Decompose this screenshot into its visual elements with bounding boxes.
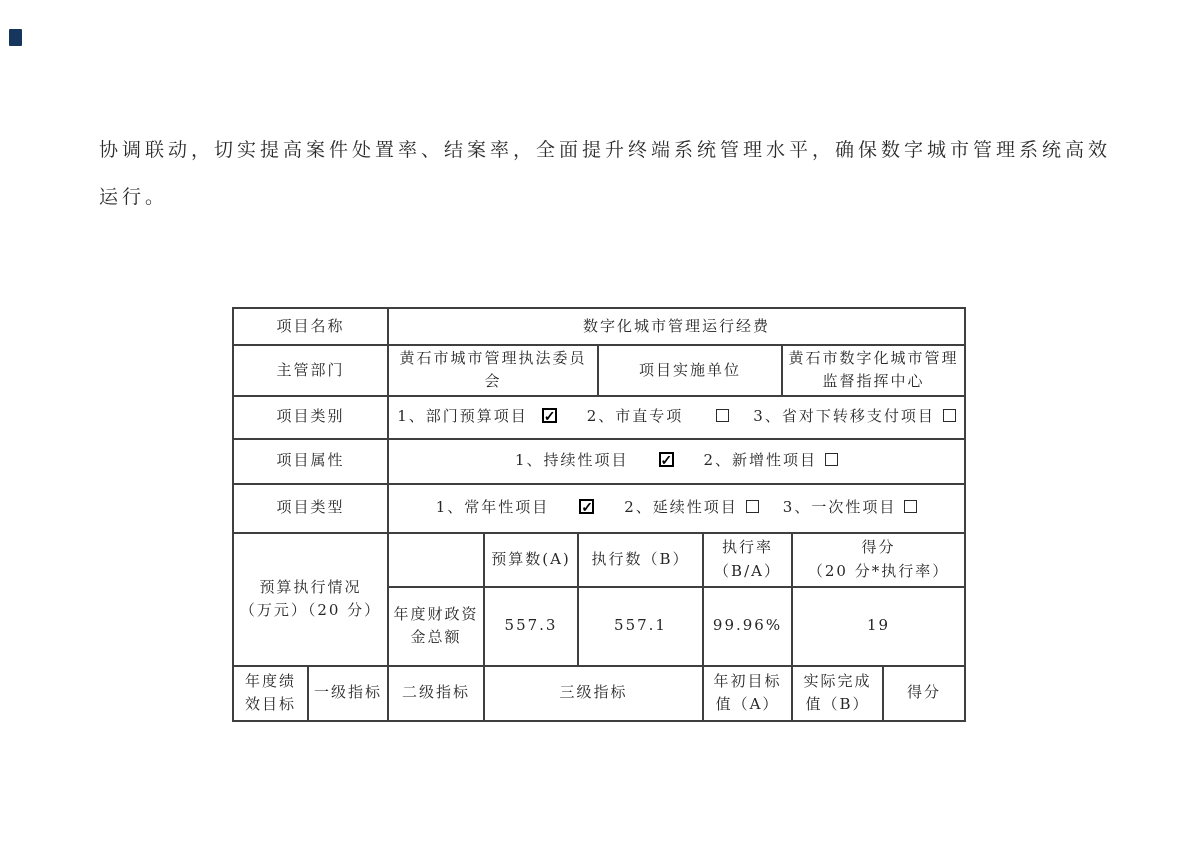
checkbox-unchecked-icon <box>716 409 729 422</box>
checkbox-checked-icon <box>579 499 594 514</box>
category-options: 1、部门预算项目2、市直专项3、省对下转移支付项目 <box>388 396 965 439</box>
budget-col-budget: 预算数(A) <box>484 533 578 587</box>
type-option-3-label: 3、一次性项目 <box>783 498 897 516</box>
budget-col-exec: 执行数（B） <box>578 533 703 587</box>
attribute-option-1-label: 1、持续性项目 <box>515 451 629 469</box>
attribute-options: 1、持续性项目2、新增性项目 <box>388 439 965 484</box>
checkbox-unchecked-icon <box>943 409 956 422</box>
rate-value: 99.96% <box>703 587 792 666</box>
project-summary-table: 项目名称 数字化城市管理运行经费 主管部门 黄石市城市管理执法委员会 项目实施单… <box>232 307 966 722</box>
budget-value: 557.3 <box>484 587 578 666</box>
row-budget-header: 预算执行情况 （万元）（20 分） 预算数(A) 执行数（B） 执行率 （B/A… <box>233 533 965 587</box>
row-performance-header: 年度绩效目标 一级指标 二级指标 三级指标 年初目标值（A） 实际完成值（B） … <box>233 666 965 721</box>
score-value: 19 <box>792 587 965 666</box>
department-value: 黄石市城市管理执法委员会 <box>388 345 598 396</box>
corner-marker-icon <box>9 29 22 46</box>
category-option-3-label: 3、省对下转移支付项目 <box>753 407 935 425</box>
budget-blank-cell <box>388 533 484 587</box>
impl-unit-label: 项目实施单位 <box>598 345 782 396</box>
attribute-option-2-label: 2、新增性项目 <box>704 451 818 469</box>
score-header: 得分 <box>883 666 965 721</box>
type-option-2-label: 2、延续性项目 <box>624 498 738 516</box>
budget-section-label: 预算执行情况 （万元）（20 分） <box>233 533 388 666</box>
performance-label: 年度绩效目标 <box>233 666 308 721</box>
row-type: 项目类型 1、常年性项目2、延续性项目3、一次性项目 <box>233 484 965 533</box>
budget-row-label: 年度财政资金总额 <box>388 587 484 666</box>
project-name-label: 项目名称 <box>233 308 388 345</box>
category-option-2-label: 2、市直专项 <box>587 407 684 425</box>
level1-header: 一级指标 <box>308 666 388 721</box>
row-project-name: 项目名称 数字化城市管理运行经费 <box>233 308 965 345</box>
budget-col-rate: 执行率 （B/A） <box>703 533 792 587</box>
target-header: 年初目标值（A） <box>703 666 792 721</box>
document-page: 协调联动，切实提高案件处置率、结案率，全面提升终端系统管理水平，确保数字城市管理… <box>0 0 1200 848</box>
row-attribute: 项目属性 1、持续性项目2、新增性项目 <box>233 439 965 484</box>
exec-value: 557.1 <box>578 587 703 666</box>
impl-unit-value: 黄石市数字化城市管理监督指挥中心 <box>782 345 965 396</box>
attribute-label: 项目属性 <box>233 439 388 484</box>
level2-header: 二级指标 <box>388 666 484 721</box>
checkbox-unchecked-icon <box>904 500 917 513</box>
body-paragraph: 协调联动，切实提高案件处置率、结案率，全面提升终端系统管理水平，确保数字城市管理… <box>99 127 1111 221</box>
row-category: 项目类别 1、部门预算项目2、市直专项3、省对下转移支付项目 <box>233 396 965 439</box>
category-label: 项目类别 <box>233 396 388 439</box>
type-label: 项目类型 <box>233 484 388 533</box>
level3-header: 三级指标 <box>484 666 703 721</box>
row-department: 主管部门 黄石市城市管理执法委员会 项目实施单位 黄石市数字化城市管理监督指挥中… <box>233 345 965 396</box>
project-name-value: 数字化城市管理运行经费 <box>388 308 965 345</box>
checkbox-unchecked-icon <box>746 500 759 513</box>
type-options: 1、常年性项目2、延续性项目3、一次性项目 <box>388 484 965 533</box>
type-option-1-label: 1、常年性项目 <box>436 498 550 516</box>
checkbox-unchecked-icon <box>825 453 838 466</box>
checkbox-checked-icon <box>542 408 557 423</box>
category-option-1-label: 1、部门预算项目 <box>397 407 528 425</box>
checkbox-checked-icon <box>659 452 674 467</box>
budget-col-score: 得分 （20 分*执行率） <box>792 533 965 587</box>
actual-header: 实际完成值（B） <box>792 666 883 721</box>
department-label: 主管部门 <box>233 345 388 396</box>
